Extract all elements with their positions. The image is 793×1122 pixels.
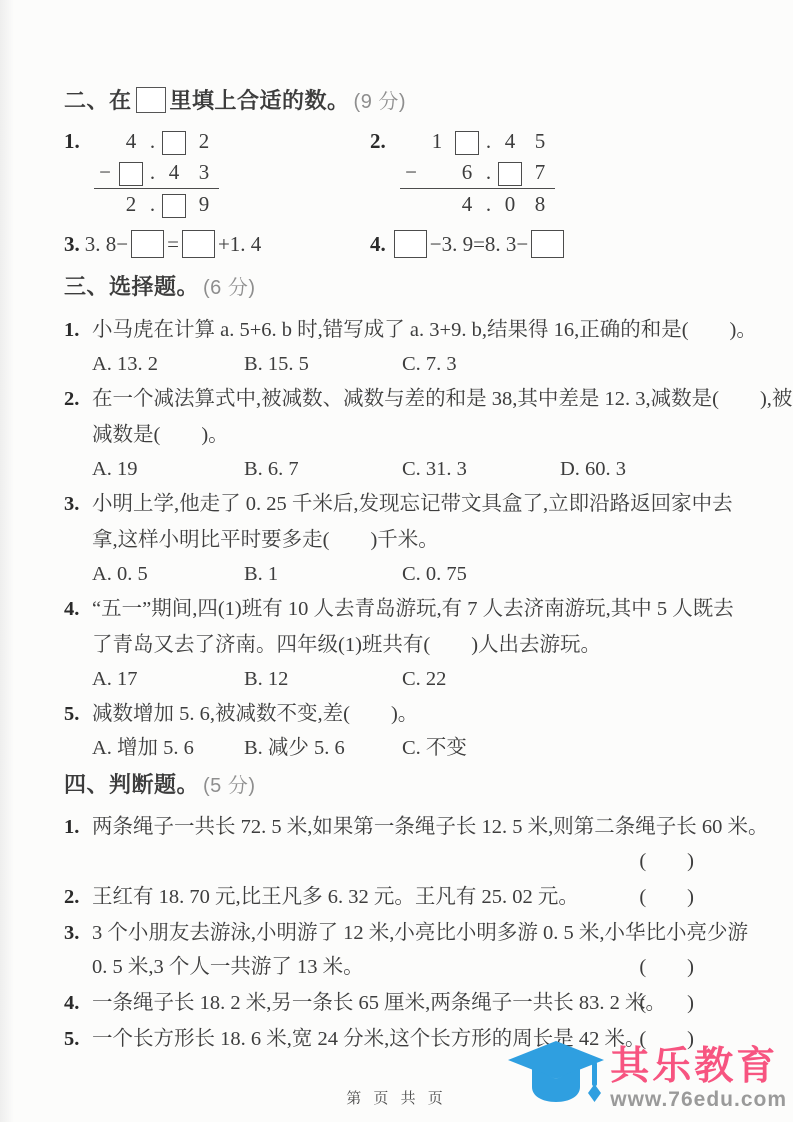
digit: 4: [159, 157, 189, 188]
question-text: 王红有 18. 70 元,比王凡多 6. 32 元。王凡有 25. 02 元。: [92, 880, 579, 914]
vertical-problems-row: 1. 4 . 2 − . 4 3: [64, 126, 724, 220]
graduation-cap-icon: [508, 1038, 608, 1118]
equation-text: 3. 8−: [85, 232, 128, 257]
minuend-row: 4 . 2: [94, 126, 219, 157]
question-number: 3.: [64, 486, 92, 522]
worksheet-content: 二、在里填上合适的数。(9 分) 1. 4 . 2 −: [64, 86, 724, 1058]
question-line: 2. 王红有 18. 70 元,比王凡多 6. 32 元。王凡有 25. 02 …: [64, 880, 724, 914]
digit: 5: [525, 126, 555, 157]
answer-box: [119, 162, 143, 186]
answer-box: [182, 230, 215, 258]
question-number: 1.: [64, 312, 92, 348]
decimal-point: .: [482, 126, 495, 157]
choice-question-4: 4. “五一”期间,四(1)班有 10 人去青岛游玩,有 7 人去济南游玩,其中…: [64, 591, 724, 695]
section3-title-text: 三、选择题。: [64, 274, 199, 299]
options-row: A. 增加 5. 6 B. 减少 5. 6 C. 不变: [64, 732, 724, 764]
choice-question-2: 2. 在一个减法算式中,被减数、减数与差的和是 38,其中差是 12. 3,减数…: [64, 381, 724, 485]
question-text: 3 个小朋友去游泳,小明游了 12 米,小亮比小明多游 0. 5 米,小华比小亮…: [92, 916, 748, 950]
minus-sign: −: [400, 157, 422, 188]
option-b: B. 减少 5. 6: [244, 732, 402, 764]
minus-sign: −: [94, 157, 116, 188]
blank-box-icon: [136, 87, 166, 113]
answer-parentheses: ( ): [639, 950, 694, 984]
section3-score: (6 分): [203, 277, 256, 299]
options-row: A. 0. 5 B. 1 C. 0. 75: [64, 558, 724, 590]
question-text: “五一”期间,四(1)班有 10 人去青岛游玩,有 7 人去济南游玩,其中 5 …: [92, 591, 734, 627]
digit: 2: [189, 126, 219, 157]
question-number: 5.: [64, 1022, 92, 1056]
answer-box: [455, 131, 479, 155]
question-line-2: 拿,这样小明比平时要多走( )千米。: [64, 522, 724, 558]
question-text: 拿,这样小明比平时要多走( )千米。: [92, 522, 439, 558]
problem-number: 2.: [370, 126, 400, 220]
answer-box-cell: [159, 189, 189, 220]
digit: 7: [525, 157, 555, 188]
digit: 4: [116, 126, 146, 157]
option-c: C. 31. 3: [402, 453, 560, 485]
question-number: 5.: [64, 696, 92, 732]
option-a: A. 增加 5. 6: [92, 732, 244, 764]
answer-parentheses: ( ): [639, 880, 694, 914]
option-a: A. 0. 5: [92, 558, 244, 590]
question-number: 4.: [64, 591, 92, 627]
section2-title-pre: 二、在: [64, 88, 132, 113]
section4-title-text: 四、判断题。: [64, 772, 199, 797]
decimal-point: .: [482, 157, 495, 188]
difference-row: 4 . 0 8: [400, 188, 555, 220]
answer-box-cell: [495, 157, 525, 188]
question-text: 减数是( )。: [92, 417, 229, 453]
brand-url: www.76edu.com: [610, 1088, 787, 1111]
question-line-2: 减数是( )。: [64, 417, 724, 453]
question-line: 2. 在一个减法算式中,被减数、减数与差的和是 38,其中差是 12. 3,减数…: [64, 381, 724, 417]
option-b: B. 6. 7: [244, 453, 402, 485]
choice-question-5: 5. 减数增加 5. 6,被减数不变,差( )。 A. 增加 5. 6 B. 减…: [64, 696, 724, 764]
option-a: A. 17: [92, 663, 244, 695]
section3-title: 三、选择题。(6 分): [64, 272, 724, 302]
worksheet-page: 二、在里填上合适的数。(9 分) 1. 4 . 2 −: [0, 0, 793, 1122]
equation-text: =: [167, 232, 179, 257]
equation-text: +1. 4: [218, 232, 261, 257]
judge-question-1: 1. 两条绳子一共长 72. 5 米,如果第一条绳子长 12. 5 米,则第二条…: [64, 810, 724, 878]
option-c: C. 不变: [402, 732, 467, 764]
option-c: C. 22: [402, 663, 446, 695]
judge-question-3: 3. 3 个小朋友去游泳,小明游了 12 米,小亮比小明多游 0. 5 米,小华…: [64, 916, 724, 984]
digit: 6: [452, 157, 482, 188]
question-text: 小明上学,他走了 0. 25 千米后,发现忘记带文具盒了,立即沿路返回家中去: [92, 486, 733, 522]
tassel-knob: [588, 1084, 601, 1102]
minuend-row: 1 . 4 5: [400, 126, 555, 157]
problem-number: 4.: [370, 232, 386, 257]
brand-name: 其乐教育: [610, 1046, 787, 1088]
question-line: 3. 小明上学,他走了 0. 25 千米后,发现忘记带文具盒了,立即沿路返回家中…: [64, 486, 724, 522]
answer-parentheses: ( ): [639, 844, 694, 878]
digit: 8: [525, 189, 555, 220]
tassel-cord: [592, 1062, 597, 1086]
option-c: C. 7. 3: [402, 348, 457, 380]
question-line: 4. “五一”期间,四(1)班有 10 人去青岛游玩,有 7 人去济南游玩,其中…: [64, 591, 724, 627]
brand-logo: 其乐教育 www.76edu.com: [508, 1038, 787, 1118]
options-row: A. 17 B. 12 C. 22: [64, 663, 724, 695]
inline-problems-row: 3. 3. 8− = +1. 4 4. −3. 9=8. 3−: [64, 230, 724, 258]
question-number: 2.: [64, 880, 92, 914]
question-text: 0. 5 米,3 个人一共游了 13 米。: [92, 950, 364, 984]
decimal-point: .: [146, 126, 159, 157]
section2-title: 二、在里填上合适的数。(9 分): [64, 86, 724, 116]
decimal-point: .: [482, 189, 495, 220]
question-line: 5. 减数增加 5. 6,被减数不变,差( )。: [64, 696, 724, 732]
question-number: 4.: [64, 986, 92, 1020]
question-line: 1. 小马虎在计算 a. 5+6. b 时,错写成了 a. 3+9. b,结果得…: [64, 312, 724, 348]
question-text: 减数增加 5. 6,被减数不变,差( )。: [92, 696, 418, 732]
option-d: D. 60. 3: [560, 453, 626, 485]
decimal-point: .: [146, 157, 159, 188]
digit: 0: [495, 189, 525, 220]
option-c: C. 0. 75: [402, 558, 467, 590]
problem-1: 1. 4 . 2 − . 4 3: [64, 126, 370, 220]
question-text: 在一个减法算式中,被减数、减数与差的和是 38,其中差是 12. 3,减数是( …: [92, 381, 792, 417]
decimal-point: .: [146, 189, 159, 220]
options-row: A. 13. 2 B. 15. 5 C. 7. 3: [64, 348, 724, 380]
choice-question-1: 1. 小马虎在计算 a. 5+6. b 时,错写成了 a. 3+9. b,结果得…: [64, 312, 724, 380]
answer-box-cell: [116, 157, 146, 188]
question-line: 4. 一条绳子长 18. 2 米,另一条长 65 厘米,两条绳子一共长 83. …: [64, 986, 724, 1020]
question-text: 一条绳子长 18. 2 米,另一条长 65 厘米,两条绳子一共长 83. 2 米…: [92, 986, 666, 1020]
problem-number: 1.: [64, 126, 94, 220]
digit: 2: [116, 189, 146, 220]
question-text: 了青岛又去了济南。四年级(1)班共有( )人出去游玩。: [92, 627, 601, 663]
answer-box-cell: [452, 126, 482, 157]
digit: 4: [452, 189, 482, 220]
question-line: 3. 3 个小朋友去游泳,小明游了 12 米,小亮比小明多游 0. 5 米,小华…: [64, 916, 724, 950]
question-text: 小马虎在计算 a. 5+6. b 时,错写成了 a. 3+9. b,结果得 16…: [92, 312, 757, 348]
subtrahend-row: − 6 . 7: [400, 157, 555, 188]
question-text: 两条绳子一共长 72. 5 米,如果第一条绳子长 12. 5 米,则第二条绳子长…: [92, 810, 769, 844]
question-line-2: 了青岛又去了济南。四年级(1)班共有( )人出去游玩。: [64, 627, 724, 663]
section4-score: (5 分): [203, 775, 256, 797]
question-line-2: 0. 5 米,3 个人一共游了 13 米。: [64, 950, 724, 984]
choice-question-3: 3. 小明上学,他走了 0. 25 千米后,发现忘记带文具盒了,立即沿路返回家中…: [64, 486, 724, 590]
question-number: 3.: [64, 916, 92, 950]
question-line: 1. 两条绳子一共长 72. 5 米,如果第一条绳子长 12. 5 米,则第二条…: [64, 810, 724, 844]
problem-number: 3.: [64, 232, 80, 257]
answer-box: [394, 230, 427, 258]
vertical-subtraction-1: 4 . 2 − . 4 3 2 .: [94, 126, 219, 220]
subtrahend-row: − . 4 3: [94, 157, 219, 188]
option-b: B. 1: [244, 558, 402, 590]
answer-box: [498, 162, 522, 186]
section2-title-post: 里填上合适的数。: [170, 88, 350, 113]
option-a: A. 19: [92, 453, 244, 485]
answer-box: [531, 230, 564, 258]
option-a: A. 13. 2: [92, 348, 244, 380]
question-number: 1.: [64, 810, 92, 844]
option-b: B. 15. 5: [244, 348, 402, 380]
difference-row: 2 . 9: [94, 188, 219, 220]
digit: 4: [495, 126, 525, 157]
digit: 1: [422, 126, 452, 157]
problem-4: 4. −3. 9=8. 3−: [370, 230, 567, 258]
section4-title: 四、判断题。(5 分): [64, 770, 724, 800]
options-row: A. 19 B. 6. 7 C. 31. 3 D. 60. 3: [64, 453, 724, 485]
digit: 9: [189, 189, 219, 220]
problem-3: 3. 3. 8− = +1. 4: [64, 230, 370, 258]
question-number: 2.: [64, 381, 92, 417]
option-b: B. 12: [244, 663, 402, 695]
answer-box: [131, 230, 164, 258]
answer-box: [162, 194, 186, 218]
judge-question-4: 4. 一条绳子长 18. 2 米,另一条长 65 厘米,两条绳子一共长 83. …: [64, 986, 724, 1020]
digit: 3: [189, 157, 219, 188]
judge-question-2: 2. 王红有 18. 70 元,比王凡多 6. 32 元。王凡有 25. 02 …: [64, 880, 724, 914]
answer-parentheses: ( ): [639, 986, 694, 1020]
problem-2: 2. 1 . 4 5 − 6 .: [370, 126, 555, 220]
answer-box: [162, 131, 186, 155]
answer-box-cell: [159, 126, 189, 157]
section2-score: (9 分): [354, 91, 407, 113]
cap-board: [508, 1041, 604, 1079]
vertical-subtraction-2: 1 . 4 5 − 6 . 7: [400, 126, 555, 220]
equation-text: −3. 9=8. 3−: [430, 232, 529, 257]
brand-text-block: 其乐教育 www.76edu.com: [610, 1046, 787, 1111]
